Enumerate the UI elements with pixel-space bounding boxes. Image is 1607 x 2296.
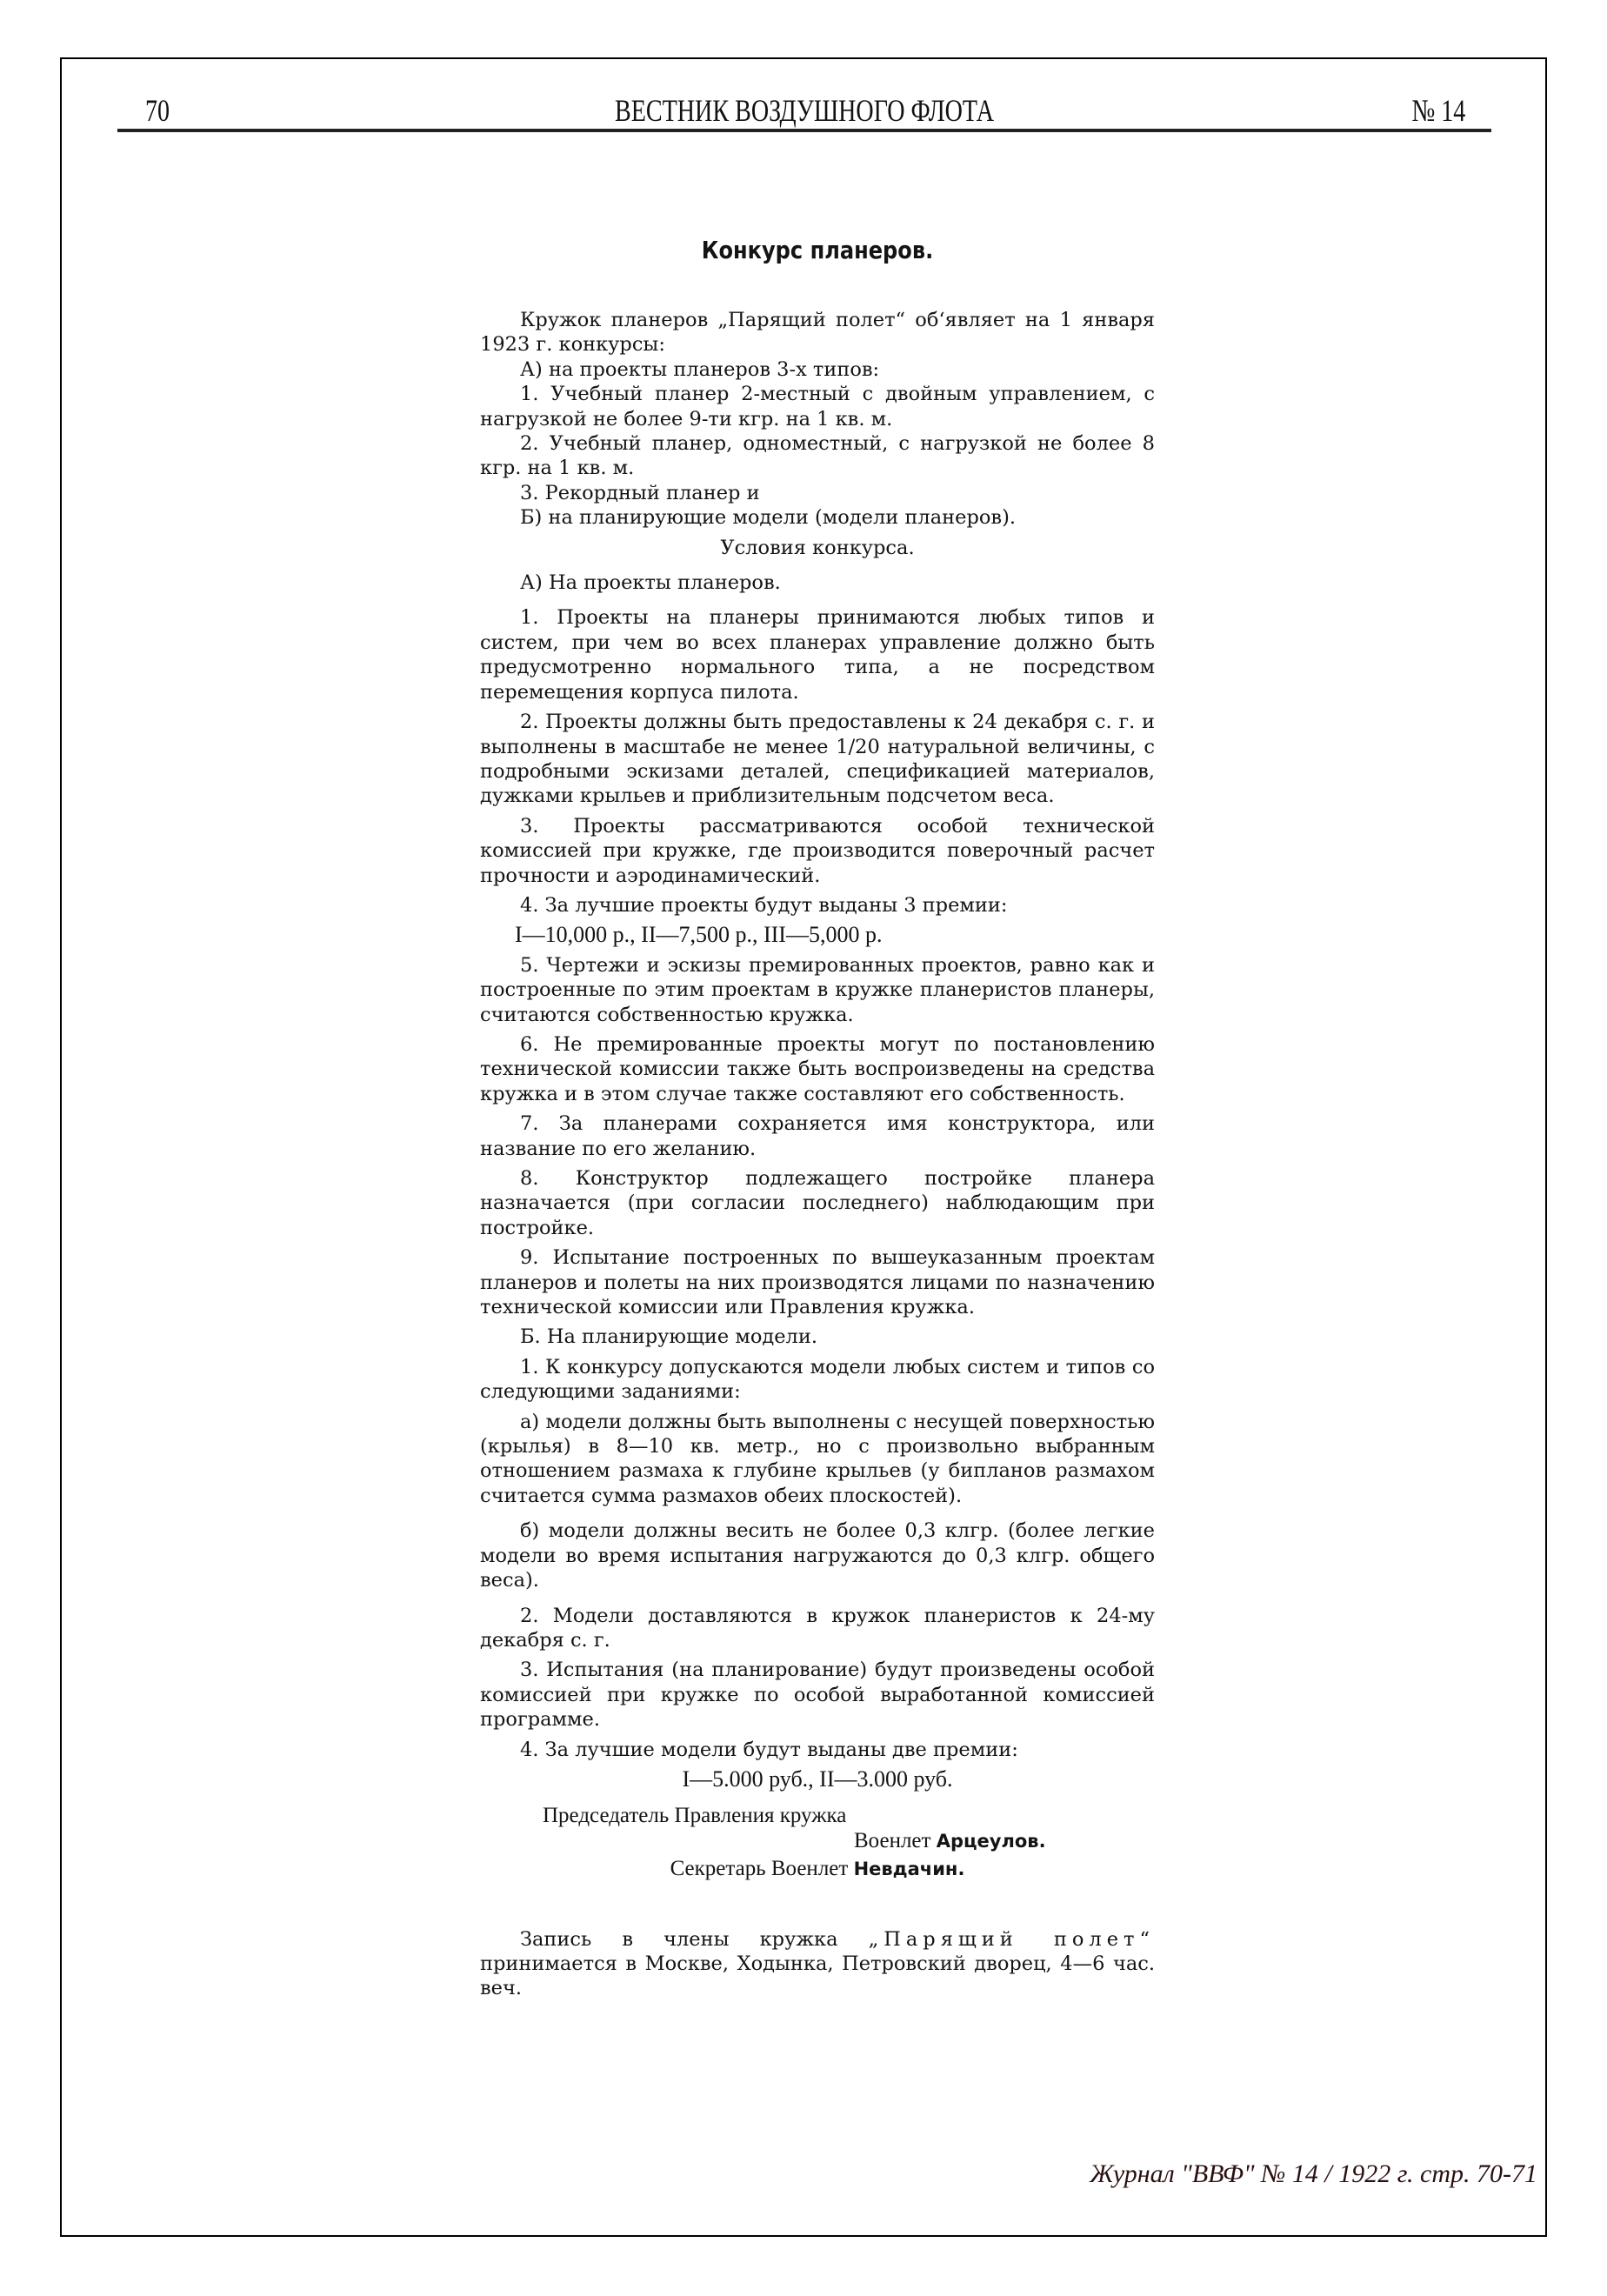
model-item: б) модели должны весить не более 0,3 клг… (480, 1518, 1155, 1592)
condition-item: 8. Конструктор подлежащего постройке пла… (480, 1166, 1155, 1240)
chair-name: Арцеулов. (937, 1831, 1046, 1852)
section-b-prizes: I—5.000 руб., II—3.000 руб. (480, 1767, 1155, 1792)
membership-notice: Запись в члены кружка „Парящий полет“ пр… (480, 1927, 1155, 2001)
section-a-intro: А) на проекты планеров 3-х типов: (480, 357, 1155, 382)
notice-club-name: „Парящий полет“ (869, 1928, 1155, 1951)
secretary-signature: Секретарь Военлет Невдачин. (480, 1857, 1155, 1881)
type-item: 2. Учебный планер, одноместный, с нагруз… (480, 431, 1155, 481)
header-rule (117, 129, 1491, 132)
section-b-intro: Б) на планирующие модели (модели планеро… (480, 505, 1155, 530)
type-item: 3. Рекордный планер и (480, 481, 1155, 505)
model-item: 3. Испытания (на планирование) будут про… (480, 1658, 1155, 1732)
type-item: 1. Учебный планер 2-местный с двойным уп… (480, 382, 1155, 431)
model-item: 2. Модели доставляются в кружок планерис… (480, 1604, 1155, 1653)
condition-item: 7. За планерами сохраняется имя конструк… (480, 1111, 1155, 1161)
notice-rest: принимается в Москве, Ходынка, Петровски… (480, 1952, 1155, 1999)
page-number: 70 (145, 92, 170, 129)
article: Конкурс планеров. Кружок планеров „Парящ… (480, 235, 1155, 2001)
condition-item: 9. Испытание построенных по вышеуказанны… (480, 1245, 1155, 1319)
article-title: Конкурс планеров. (527, 235, 1107, 266)
chair-signature: Военлет Арцеулов. (480, 1829, 1155, 1853)
condition-item: 4. За лучшие проекты будут выданы 3 прем… (480, 893, 1155, 918)
intro-paragraph: Кружок планеров „Парящий полет“ об‘являе… (480, 308, 1155, 357)
source-reference: Журнал "ВВФ" № 14 / 1922 г. стр. 70-71 (1090, 2159, 1537, 2189)
conditions-heading: Условия конкурса. (480, 536, 1155, 560)
condition-item: 5. Чертежи и эскизы премированных проект… (480, 953, 1155, 1027)
chair-title: Председатель Правления кружка (480, 1804, 1155, 1828)
condition-item: 3. Проекты рассматриваются особой технич… (480, 814, 1155, 888)
model-item: 4. За лучшие модели будут выданы две пре… (480, 1738, 1155, 1762)
secretary-title: Секретарь Военлет (670, 1857, 849, 1880)
section-a-prizes: I—10,000 р., II—7,500 р., III—5,000 р. (480, 923, 1155, 947)
chair-rank: Военлет (854, 1829, 930, 1852)
condition-item: 2. Проекты должны быть предоставлены к 2… (480, 710, 1155, 809)
condition-item: 1. Проекты на планеры принимаются любых … (480, 605, 1155, 704)
model-item: а) модели должны быть выполнены с несуще… (480, 1410, 1155, 1509)
journal-title: ВЕСТНИК ВОЗДУШНОГО ФЛОТА (269, 92, 1340, 129)
running-header: 70 ВЕСТНИК ВОЗДУШНОГО ФЛОТА № 14 (117, 85, 1491, 130)
section-b-heading: Б. На планирующие модели. (480, 1325, 1155, 1349)
condition-item: 6. Не премированные проекты могут по пос… (480, 1032, 1155, 1106)
issue-number: № 14 (1411, 92, 1465, 129)
model-item: 1. К конкурсу допускаются модели любых с… (480, 1355, 1155, 1405)
secretary-name: Невдачин. (854, 1859, 965, 1879)
notice-lead: Запись в члены кружка (520, 1928, 838, 1951)
section-a-heading: А) На проекты планеров. (480, 571, 1155, 595)
